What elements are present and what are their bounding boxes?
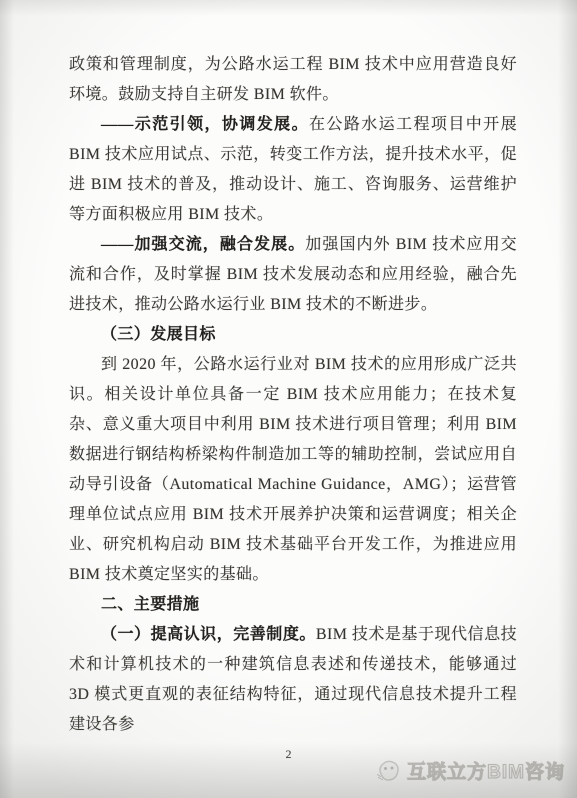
paragraph: ——加强交流，融合发展。加强国内外 BIM 技术应用交流和合作，及时掌握 BIM… bbox=[69, 230, 517, 320]
watermark-text: 互联立方BIM咨询 bbox=[407, 757, 565, 784]
bold-text-run: 二、主要措施 bbox=[101, 596, 199, 613]
document-page: 政策和管理制度，为公路水运工程 BIM 技术中应用营造良好环境。鼓励支持自主研发… bbox=[0, 0, 577, 798]
bold-text-run: ——加强交流，融合发展。 bbox=[101, 236, 305, 253]
paragraph: 政策和管理制度，为公路水运工程 BIM 技术中应用营造良好环境。鼓励支持自主研发… bbox=[69, 50, 517, 110]
company-logo-icon bbox=[375, 757, 402, 784]
paragraph: 到 2020 年，公路水运行业对 BIM 技术的应用形成广泛共识。相关设计单位具… bbox=[69, 350, 517, 590]
section-heading: 二、主要措施 bbox=[69, 590, 517, 620]
text-run: 政策和管理制度，为公路水运工程 BIM 技术中应用营造良好环境。鼓励支持自主研发… bbox=[69, 56, 517, 103]
paragraph: ——示范引领，协调发展。在公路水运工程项目中开展 BIM 技术应用试点、示范，转… bbox=[69, 110, 517, 230]
document-body: 政策和管理制度，为公路水运工程 BIM 技术中应用营造良好环境。鼓励支持自主研发… bbox=[69, 50, 517, 740]
bold-text-run: （三）发展目标 bbox=[101, 326, 216, 343]
watermark: 互联立方BIM咨询 bbox=[375, 757, 565, 784]
paragraph: （一）提高认识，完善制度。BIM 技术是基于现代信息技术和计算机技术的一种建筑信… bbox=[69, 620, 517, 740]
bold-text-run: （一）提高认识，完善制度。 bbox=[101, 626, 316, 643]
text-run: 到 2020 年，公路水运行业对 BIM 技术的应用形成广泛共识。相关设计单位具… bbox=[69, 356, 517, 583]
bold-text-run: ——示范引领，协调发展。 bbox=[101, 116, 309, 133]
section-heading: （三）发展目标 bbox=[69, 320, 517, 350]
